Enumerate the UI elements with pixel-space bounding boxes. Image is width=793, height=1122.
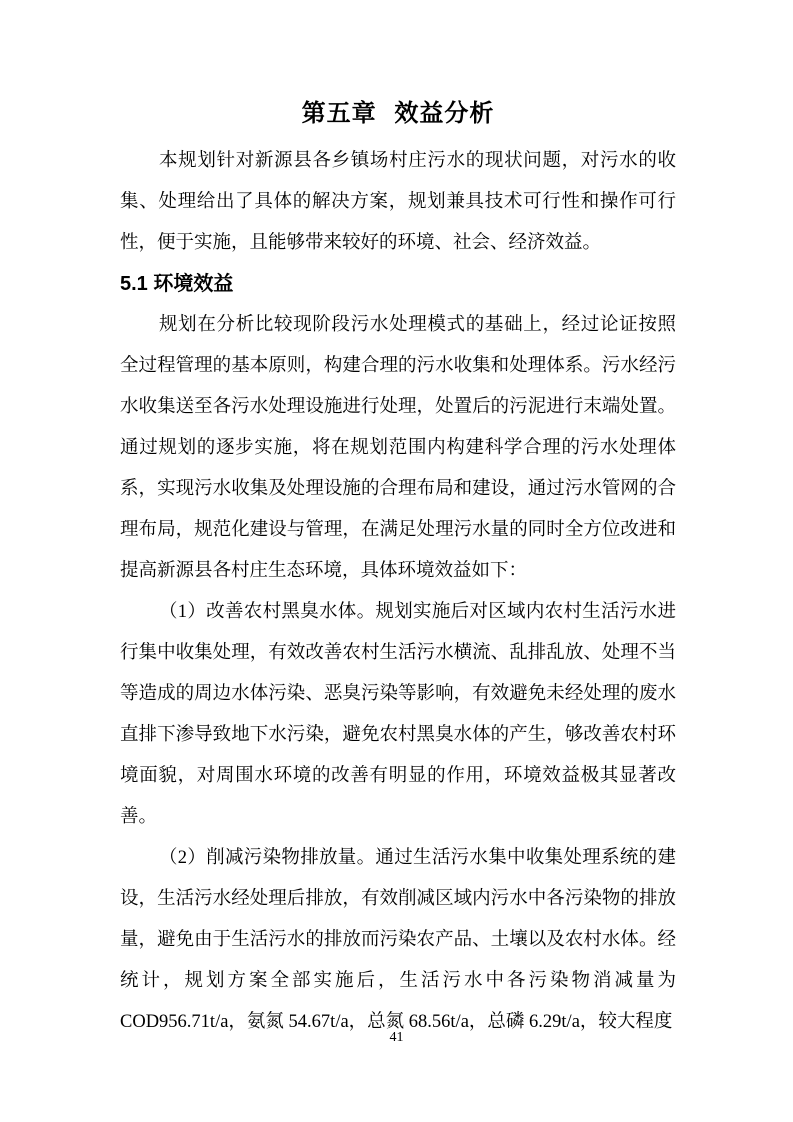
paragraph-item-1-black-odorous-water: （1）改善农村黑臭水体。规划实施后对区域内农村生活污水进行集中收集处理，有效改善… <box>120 592 676 838</box>
document-page: 第五章 效益分析 本规划针对新源县各乡镇场村庄污水的现状问题，对污水的收集、处理… <box>0 0 793 1122</box>
page-number: 41 <box>0 1028 793 1048</box>
section-heading-environmental-benefits: 5.1 环境效益 <box>120 264 676 305</box>
page-content: 第五章 效益分析 本规划针对新源县各乡镇场村庄污水的现状问题，对污水的收集、处理… <box>120 97 676 1043</box>
paragraph-item-2-pollutant-reduction: （2）削减污染物排放量。通过生活污水集中收集处理系统的建设，生活污水经处理后排放… <box>120 838 676 1043</box>
intro-paragraph: 本规划针对新源县各乡镇场村庄污水的现状问题，对污水的收集、处理给出了具体的解决方… <box>120 141 676 264</box>
paragraph-planning-overview: 规划在分析比较现阶段污水处理模式的基础上，经过论证按照全过程管理的基本原则，构建… <box>120 305 676 592</box>
chapter-title: 第五章 效益分析 <box>120 97 676 130</box>
